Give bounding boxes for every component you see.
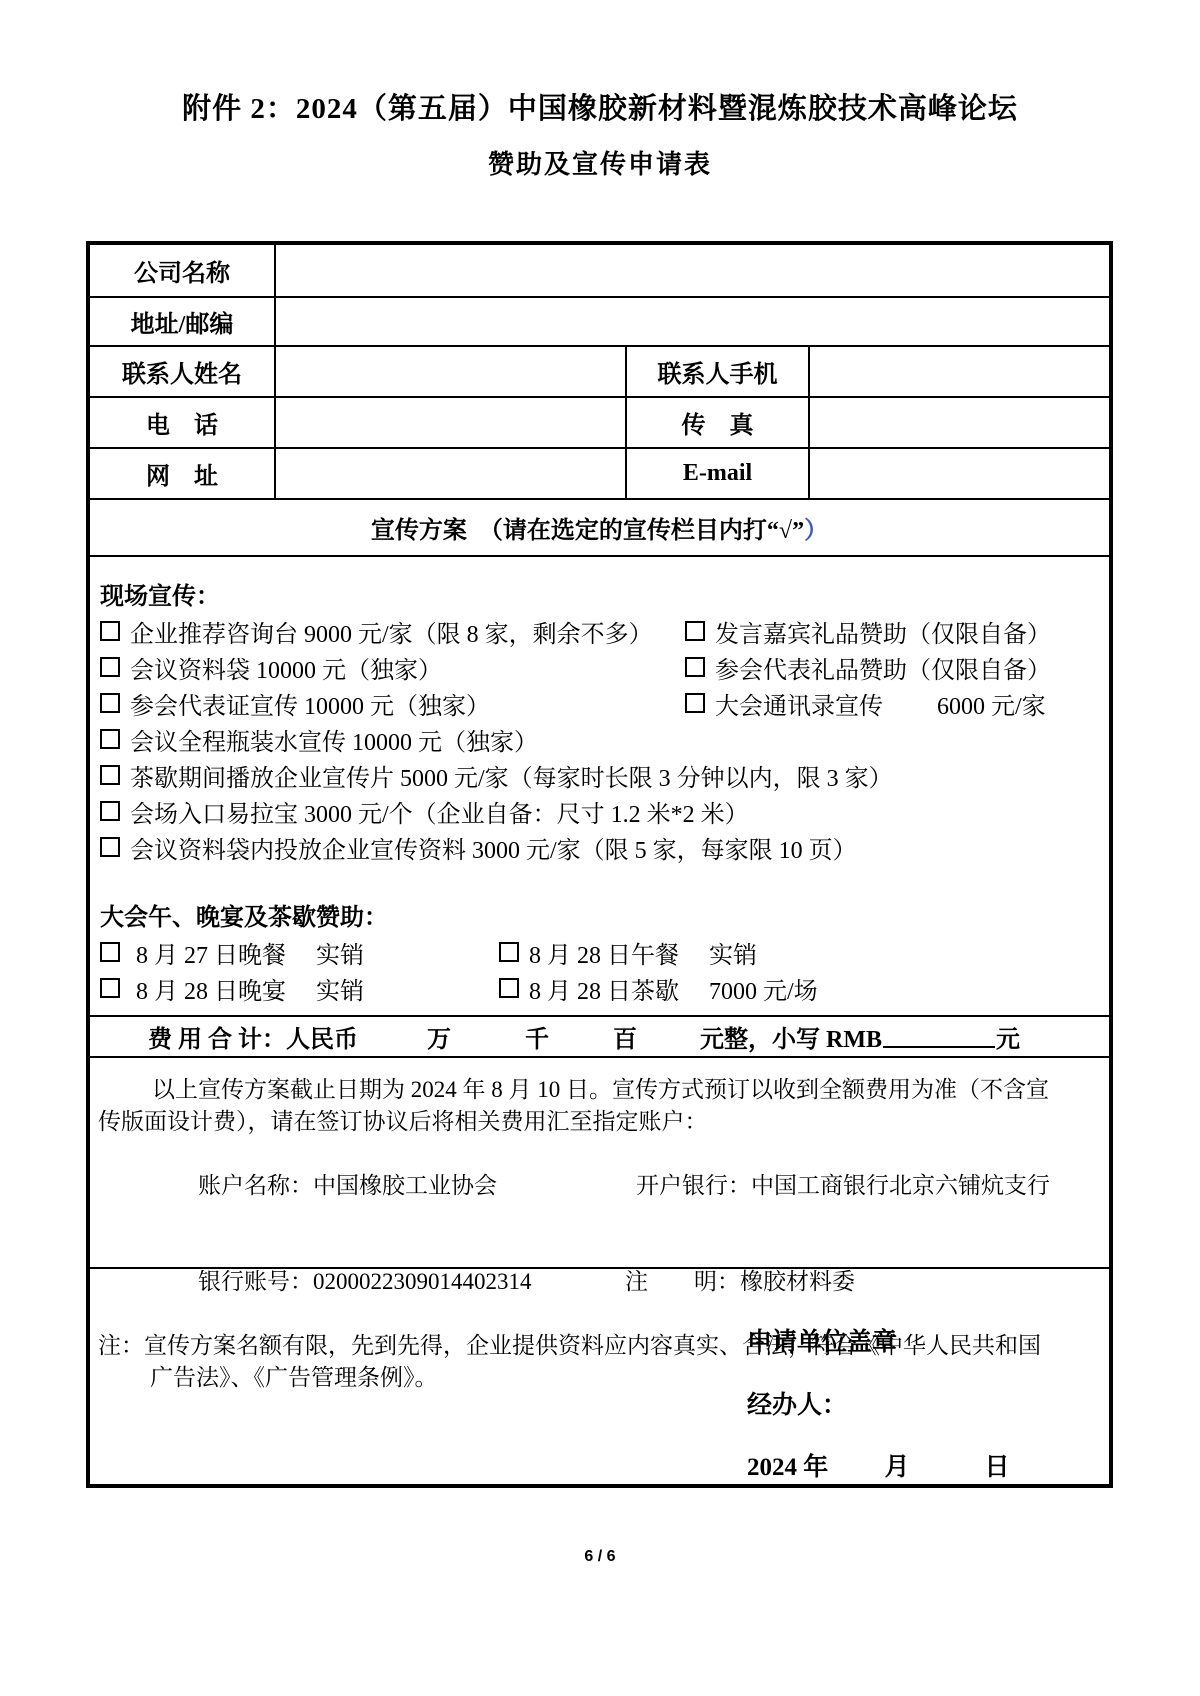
checkbox-entrance-banner[interactable] <box>100 801 120 821</box>
fee-total-row: 费 用 合 计：人民币 万 千 百 元整，小写 RMB 元 <box>90 1015 1109 1056</box>
meal-item-label: 8 月 27 日晚餐 实销 <box>130 935 364 970</box>
meal-item-label: 8 月 28 日午餐 实销 <box>529 935 757 970</box>
fax-field[interactable] <box>810 398 1109 447</box>
fee-tail: 元 <box>996 1019 1020 1054</box>
website-label: 网 址 <box>90 449 276 498</box>
checkbox-conference-bag[interactable] <box>100 657 120 677</box>
meal-item-label: 8 月 28 日晚宴 实销 <box>130 971 364 1006</box>
onsite-item-label: 会议资料袋内投放企业宣传资料 3000 元/家（限 5 家，每家限 10 页） <box>130 830 857 865</box>
fee-unit-wan: 万 <box>427 1019 451 1054</box>
row-company: 公司名称 <box>90 245 1109 296</box>
bank-name: 开户银行：中国工商银行北京六铺炕支行 <box>636 1173 1050 1198</box>
checkbox-delegate-gift[interactable] <box>685 657 705 677</box>
checkbox-consult-desk[interactable] <box>100 621 120 641</box>
seal-label: 申请单位盖章 <box>747 1327 1109 1359</box>
checkbox-bag-insert[interactable] <box>100 837 120 857</box>
checkbox-teabreak-aug28[interactable] <box>499 978 519 998</box>
contact-name-field[interactable] <box>276 347 627 396</box>
onsite-item-row: 茶歇期间播放企业宣传片 5000 元/家（每家时长限 3 分钟以内，限 3 家） <box>100 757 1095 793</box>
onsite-item-label: 会议全程瓶装水宣传 10000 元（独家） <box>130 722 538 757</box>
onsite-item-row: 参会代表证宣传 10000 元（独家） 大会通讯录宣传 6000 元/家 <box>100 685 1095 721</box>
onsite-section: 现场宣传： 企业推荐咨询台 9000 元/家（限 8 家，剩余不多） 发言嘉宾礼… <box>90 555 1109 1015</box>
address-label: 地址/邮编 <box>90 298 276 345</box>
company-name-label: 公司名称 <box>90 245 276 296</box>
onsite-item-label: 发言嘉宾礼品赞助（仅限自备） <box>715 614 1051 649</box>
plan-header-paren: ） <box>804 510 828 545</box>
meals-heading: 大会午、晚宴及茶歇赞助： <box>100 902 1095 934</box>
notes-paragraph-line: 以上宣传方案截止日期为 2024 年 8 月 10 日。宣传方式预订以收到全额费… <box>98 1074 1101 1106</box>
application-form-table: 公司名称 地址/邮编 联系人姓名 联系人手机 电 话 传 真 网 址 E-mai… <box>86 241 1113 1488</box>
document-subtitle: 赞助及宣传申请表 <box>0 148 1200 182</box>
notes-paragraph-line: 传版面设计费），请在签订协议后将相关费用汇至指定账户： <box>98 1106 1101 1138</box>
fee-unit-bai: 百 <box>613 1019 637 1054</box>
fax-label: 传 真 <box>627 398 810 447</box>
fee-suffix: 元整，小写 RMB <box>700 1019 882 1054</box>
page-number: 6 / 6 <box>0 1548 1200 1566</box>
plan-header-row: 宣传方案 （请在选定的宣传栏目内打“√”） <box>90 498 1109 555</box>
company-name-field[interactable] <box>276 245 1109 296</box>
onsite-heading: 现场宣传： <box>100 581 1095 613</box>
fee-amount-blank[interactable] <box>883 1026 995 1048</box>
phone-label: 电 话 <box>90 398 276 447</box>
meal-item-label: 8 月 28 日茶歇 7000 元/场 <box>529 971 818 1006</box>
phone-field[interactable] <box>276 398 627 447</box>
address-field[interactable] <box>276 298 1109 345</box>
document-page: 附件 2：2024（第五届）中国橡胶新材料暨混炼胶技术高峰论坛 赞助及宣传申请表… <box>0 0 1200 1696</box>
onsite-item-label: 企业推荐咨询台 9000 元/家（限 8 家，剩余不多） <box>130 614 653 649</box>
checkbox-lunch-aug28[interactable] <box>499 942 519 962</box>
contact-mobile-label: 联系人手机 <box>627 347 810 396</box>
checkbox-banquet-aug28[interactable] <box>100 978 120 998</box>
onsite-item-row: 会场入口易拉宝 3000 元/个（企业自备：尺寸 1.2 米*2 米） <box>100 793 1095 829</box>
signature-section: 申请单位盖章 经办人： 2024 年 月 日 <box>90 1267 1109 1484</box>
checkbox-promo-video[interactable] <box>100 765 120 785</box>
onsite-item-row: 会议全程瓶装水宣传 10000 元（独家） <box>100 721 1095 757</box>
email-field[interactable] <box>810 449 1109 498</box>
date-line: 2024 年 月 日 <box>747 1452 1109 1484</box>
document-title: 附件 2：2024（第五届）中国橡胶新材料暨混炼胶技术高峰论坛 <box>0 0 1200 128</box>
checkbox-directory-ad[interactable] <box>685 693 705 713</box>
row-contact: 联系人姓名 联系人手机 <box>90 345 1109 396</box>
website-field[interactable] <box>276 449 627 498</box>
onsite-item-label: 参会代表礼品赞助（仅限自备） <box>715 650 1051 685</box>
row-address: 地址/邮编 <box>90 296 1109 345</box>
email-label: E-mail <box>627 449 810 498</box>
row-phone: 电 话 传 真 <box>90 396 1109 447</box>
onsite-item-label: 参会代表证宣传 10000 元（独家） <box>130 686 490 721</box>
checkbox-bottled-water[interactable] <box>100 729 120 749</box>
row-website: 网 址 E-mail <box>90 447 1109 498</box>
meal-item-row: 8 月 27 日晚餐 实销 8 月 28 日午餐 实销 <box>100 934 1095 970</box>
onsite-item-row: 会议资料袋 10000 元（独家） 参会代表礼品赞助（仅限自备） <box>100 649 1095 685</box>
onsite-item-label: 会议资料袋 10000 元（独家） <box>130 650 442 685</box>
handler-label: 经办人： <box>747 1390 1109 1422</box>
onsite-item-row: 企业推荐咨询台 9000 元/家（限 8 家，剩余不多） 发言嘉宾礼品赞助（仅限… <box>100 613 1095 649</box>
contact-name-label: 联系人姓名 <box>90 347 276 396</box>
fee-unit-qian: 千 <box>525 1019 549 1054</box>
account-line: 账户名称：中国橡胶工业协会开户银行：中国工商银行北京六铺炕支行 <box>98 1138 1101 1234</box>
onsite-item-row: 会议资料袋内投放企业宣传资料 3000 元/家（限 5 家，每家限 10 页） <box>100 829 1095 865</box>
onsite-item-label: 茶歇期间播放企业宣传片 5000 元/家（每家时长限 3 分钟以内，限 3 家） <box>130 758 893 793</box>
contact-mobile-field[interactable] <box>810 347 1109 396</box>
checkbox-dinner-aug27[interactable] <box>100 942 120 962</box>
fee-prefix: 费 用 合 计：人民币 <box>148 1019 358 1054</box>
account-name: 账户名称：中国橡胶工业协会 <box>198 1170 636 1202</box>
meal-item-row: 8 月 28 日晚宴 实销 8 月 28 日茶歇 7000 元/场 <box>100 970 1095 1006</box>
checkbox-badge-ad[interactable] <box>100 693 120 713</box>
plan-header-text: 宣传方案 （请在选定的宣传栏目内打“√” <box>371 510 804 545</box>
checkbox-speaker-gift[interactable] <box>685 621 705 641</box>
onsite-item-label: 会场入口易拉宝 3000 元/个（企业自备：尺寸 1.2 米*2 米） <box>130 794 749 829</box>
onsite-item-label: 大会通讯录宣传 6000 元/家 <box>715 686 1046 721</box>
notes-section: 以上宣传方案截止日期为 2024 年 8 月 10 日。宣传方式预订以收到全额费… <box>90 1056 1109 1267</box>
